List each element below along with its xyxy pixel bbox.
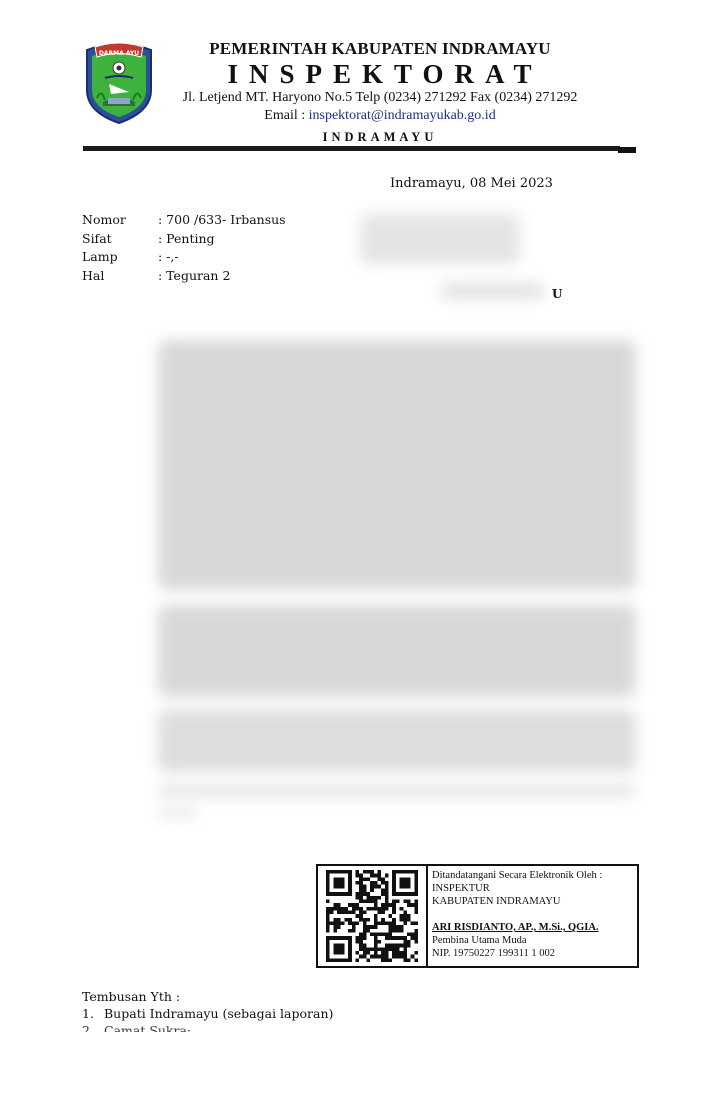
government-name: PEMERINTAH KABUPATEN INDRAMAYU [160,39,600,59]
meta-row-sifat: Sifat: Penting [82,230,286,249]
email-line: Email : inspektorat@indramayukab.go.id [160,107,600,124]
email-link[interactable]: inspektorat@indramayukab.go.id [309,108,496,123]
meta-value: : Penting [158,230,215,249]
signature-info: Ditandatangani Secara Elektronik Oleh : … [428,866,602,966]
redacted-body-closing [158,808,198,818]
meta-key: Nomor [82,211,158,230]
office-address: Jl. Letjend MT. Haryono No.5 Telp (0234)… [160,89,600,107]
cc-item-number: 1. [82,1005,104,1022]
redacted-body-paragraph-1 [158,340,636,590]
signer-nip: NIP. 19750227 199311 1 002 [432,947,602,960]
header-divider-end [618,147,636,153]
cc-item-text: Bupati Indramayu (sebagai laporan) [104,1005,333,1022]
meta-value: : Teguran 2 [158,267,230,286]
redacted-body-paragraph-3 [158,710,636,772]
letter-meta: Nomor: 700 /633- Irbansus Sifat: Penting… [82,211,286,285]
redacted-body-paragraph-4 [158,785,636,797]
signed-by-label: Ditandatangani Secara Elektronik Oleh : [432,869,602,882]
electronic-signature-box: Ditandatangani Secara Elektronik Oleh : … [316,864,639,968]
redacted-body-paragraph-2 [158,605,636,697]
signer-office: KABUPATEN INDRAMAYU [432,895,602,908]
meta-key: Lamp [82,248,158,267]
meta-key: Sifat [82,230,158,249]
city-name: INDRAMAYU [160,128,600,146]
signer-title: INSPEKTUR [432,882,602,895]
meta-row-lamp: Lamp: -,- [82,248,286,267]
cc-item: 2.Camat Sukra; [82,1022,333,1032]
meta-row-nomor: Nomor: 700 /633- Irbansus [82,211,286,230]
svg-text:DARMA AYU: DARMA AYU [99,50,139,57]
meta-value: : -,- [158,248,179,267]
meta-key: Hal [82,267,158,286]
carbon-copy-list: Tembusan Yth : 1.Bupati Indramayu (sebag… [82,988,333,1032]
signer-name: ARI RISDIANTO, AP., M.Si., QGIA. [432,921,602,934]
redacted-addressee-1 [360,214,520,264]
qr-code-icon[interactable] [318,866,428,966]
letter-date: Indramayu, 08 Mei 2023 [390,176,553,191]
cc-title: Tembusan Yth : [82,988,333,1005]
cc-item-number: 2. [82,1022,104,1032]
email-label: Email : [264,108,308,123]
cc-item-text: Camat Sukra; [104,1022,191,1032]
meta-value: : 700 /633- Irbansus [158,211,286,230]
meta-row-hal: Hal: Teguran 2 [82,267,286,286]
header-divider [83,146,620,151]
cc-item: 1.Bupati Indramayu (sebagai laporan) [82,1005,333,1022]
agency-name: INSPEKTORAT [160,60,600,88]
signer-rank: Pembina Utama Muda [432,934,602,947]
letterhead: PEMERINTAH KABUPATEN INDRAMAYU INSPEKTOR… [160,39,600,146]
redacted-addressee-2 [440,283,545,299]
addressee-fragment: U [552,287,562,301]
coat-of-arms-logo: DARMA AYU [81,40,157,124]
